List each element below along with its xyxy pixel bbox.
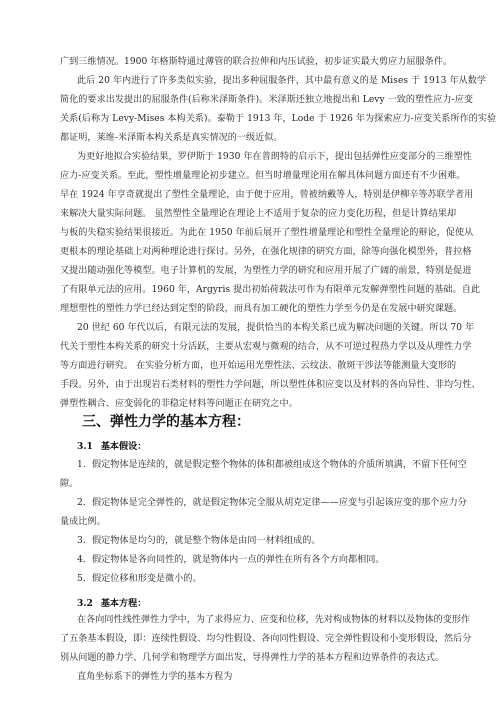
paragraph-line: 广到三维情况。1900 年格斯特通过薄管的联合拉伸和内压试验，初步证实最大剪应力… — [60, 57, 452, 68]
subsection-number: 3.2 — [77, 598, 93, 609]
subsection-title: 基本方程： — [101, 598, 146, 609]
paragraph-line: 别从问题的静力学、几何学和物理学方面出发，导得弹性力学的基本方程和边界条件的表达… — [60, 653, 444, 664]
subsection-heading-3-2: 3.2基本方程： — [77, 598, 146, 609]
paragraph-line: 此后 20 年内进行了许多类似实验，提出多种屈服条件，其中最有意义的是 Mise… — [77, 76, 486, 87]
paragraph-line: 代关于塑性本构关系的研究十分活跃，主要从宏观与微观的结合，从不可逆过程热力学以及… — [60, 342, 471, 353]
paragraph-line: 与板的失稳实验结果很接近。为此在 1950 年前后展开了塑性增量理论和塑性全量理… — [60, 228, 473, 239]
assumption-line: 量成比例。 — [60, 517, 106, 528]
document-page: 广到三维情况。1900 年格斯特通过薄管的联合拉伸和内压试验，初步证实最大剪应力… — [0, 0, 500, 707]
assumption-line: 隙。 — [60, 479, 78, 490]
paragraph-line: 来解决大量实际问题。 虽然塑性全量理论在理论上不适用于复杂的应力变化历程，但是计… — [60, 209, 456, 220]
paragraph-line: 都证明，莱维-米泽斯本构关系是真实情况的一级近似。 — [60, 133, 283, 144]
paragraph-line: 更根本的理论基础上对两种理论进行探讨。另外，在强化规律的研究方面，除等向强化模型… — [60, 247, 471, 258]
paragraph-line: 关系(后称为 Levy-Mises 本构关系)。泰勒于 1913 年，Lode … — [60, 114, 496, 125]
assumption-line: 4．假定物体是各向同性的，就是物体内一点的弹性在所有各个方向都相同。 — [77, 555, 385, 566]
paragraph-line: 又提出随动强化等模型。电子计算机的发展，为塑性力学的研究和应用开展了广阔的前景，… — [60, 266, 471, 277]
subsection-heading-3-1: 3.1基本假设： — [77, 441, 146, 452]
paragraph-line: 等方面进行研究。 在实验分析方面，也开始运用光塑性法、云纹法、散斑干涉法等能测量… — [60, 361, 456, 372]
paragraph-line: 理想塑性的塑性力学已经达到定型的阶段，而具有加工硬化的塑性力学至今仍是在发展中研… — [60, 304, 462, 315]
section-heading: 三、弹性力学的基本方程： — [82, 414, 250, 430]
paragraph-line: 了有限单元法的应用。1960 年，Argyris 提出初始荷载法可作为有限单元发… — [60, 285, 480, 296]
paragraph-line: 简化的要求出发提出的屈服条件(后称米泽斯条件)。米泽斯还独立地提出和 Levy … — [60, 95, 473, 106]
paragraph-line: 早在 1924 年亨奇就提出了塑性全量理论，由于便于应用，曾被纳戴等人，特别是伊… — [60, 190, 473, 201]
subsection-title: 基本假设： — [101, 441, 146, 452]
paragraph-line: 弹塑性耦合、应变弱化的非稳定材料等问题正在研究之中。 — [60, 399, 298, 410]
paragraph-line: 20 世纪 60 年代以后，有限元法的发展，提供恰当的本构关系已成为解决问题的关… — [77, 323, 474, 334]
assumption-line: 1．假定物体是连续的，就是假定整个物体的体积都被组成这个物体的介质所填满，不留下… — [77, 460, 467, 471]
paragraph-line: 了五条基本假设，即：连续性假设、均匀性假设、各向同性假设、完全弹性假设和小变形假… — [60, 634, 471, 645]
paragraph-line: 手段。另外，由于出现岩石类材料的塑性力学问题，所以塑性体积应变以及材料的各向异性… — [60, 380, 481, 391]
assumption-line: 3．假定物体是均匀的，就是整个物体是由同一材料组成的。 — [77, 536, 321, 547]
paragraph-line: 直角坐标系下的弹性力学的基本方程为 — [77, 672, 232, 683]
paragraph-line: 应力-应变关系。至此，塑性增量理论初步建立。但当时增量理论用在解具体问题方面还有… — [60, 171, 465, 182]
paragraph-line: 在各向同性线性弹性力学中，为了求得应力、应变和位移，先对构成物体的材料以及物体的… — [77, 615, 470, 626]
assumption-line: 2．假定物体是完全弹性的，就是假定物体完全服从胡克定律——应变与引起该应变的那个… — [77, 498, 467, 509]
assumption-line: 5．假定位移和形变是微小的。 — [77, 574, 202, 585]
subsection-number: 3.1 — [77, 441, 93, 452]
paragraph-line: 为更好地拟合实验结果，罗伊斯于 1930 年在普朗特的启示下，提出包括弹性应变部… — [77, 152, 472, 163]
